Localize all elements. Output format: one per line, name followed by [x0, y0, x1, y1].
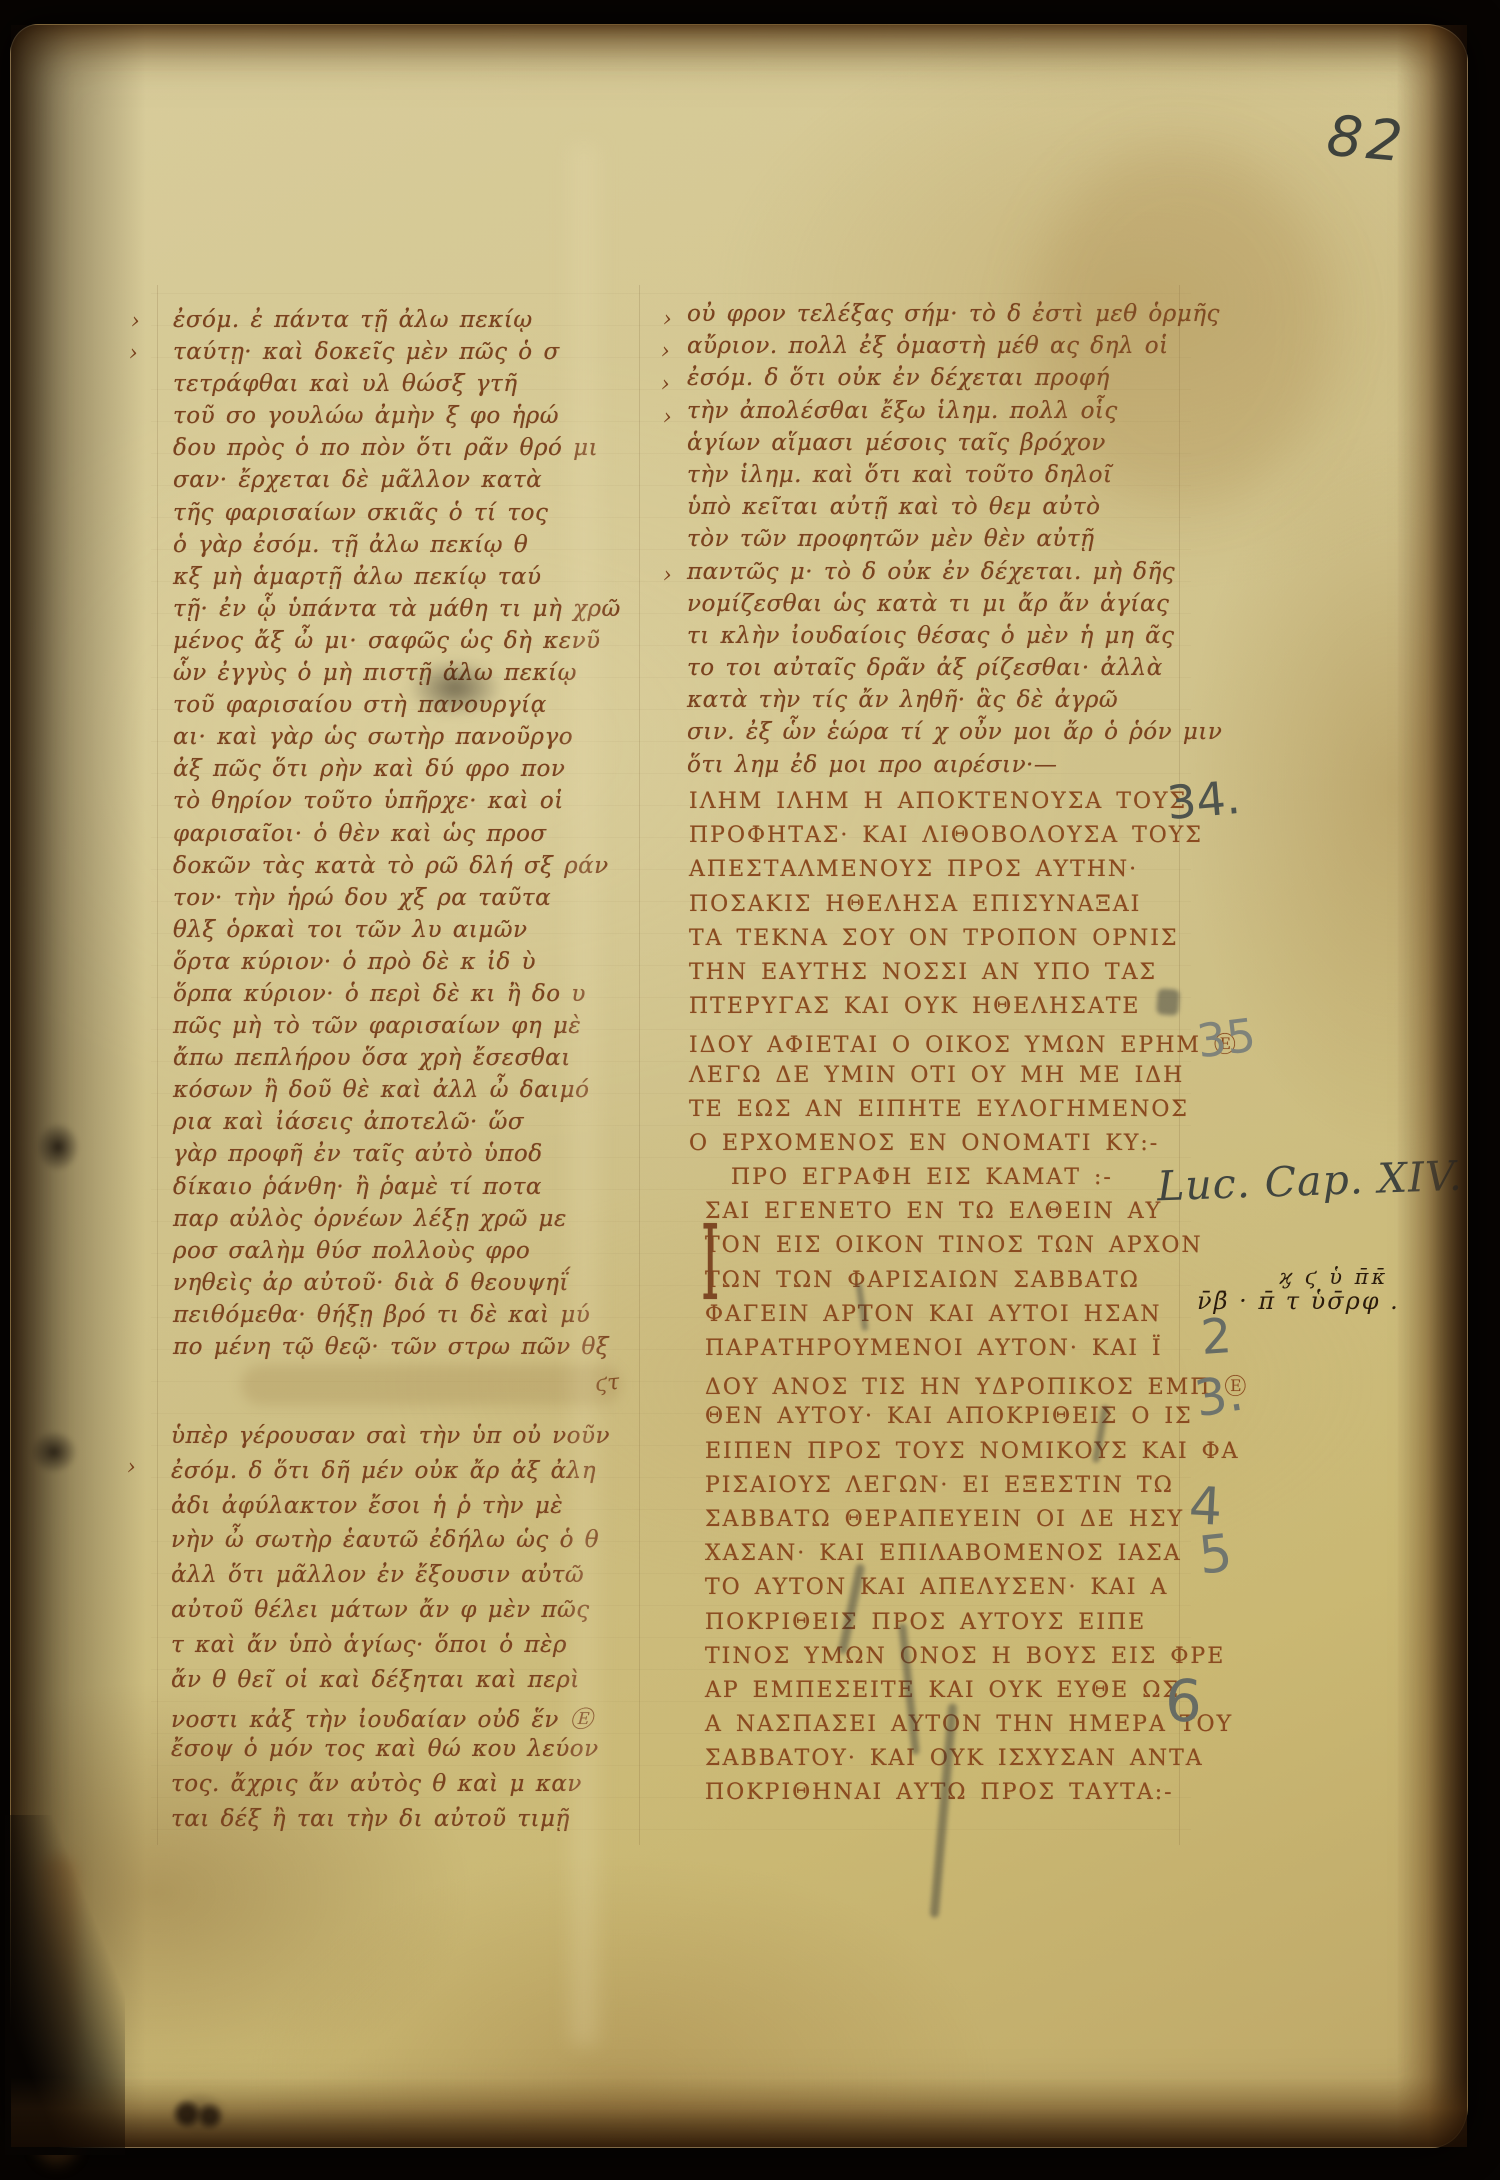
right-column-uncial: ΙΛΗΜ ΙΛΗΜ Η ΑΠΟΚΤΕΝΟΥΣΑ ΤΟΥΣΠΡΟΦΗΤΑΣ· ΚΑ…	[689, 789, 1175, 1815]
manuscript-text-line: ΘΕΝ ΑΥΤΟΥ· ΚΑΙ ΑΠΟΚΡΙΘΕΙΣ Ο ΙΣ	[689, 1404, 1175, 1438]
stain	[37, 1855, 77, 2165]
verse-number-34: 34.	[1165, 770, 1243, 830]
manuscript-text-line: νηθεὶς ἀρ αὐτοῦ· διὰ δ θεουψηΐ	[173, 1270, 633, 1302]
manuscript-text-line: δου πρὸς ὁ πο πὸν ὅτι ρᾶν θρό μι	[173, 435, 633, 467]
manuscript-text-line: ἀξ πῶς ὅτι ρὴν καὶ δύ φρο πον	[173, 756, 633, 788]
manuscript-text-line: ὅτι λημ ἐδ μοι προ αιρέσιν·—	[687, 752, 1169, 784]
manuscript-text-line: ΙΔΟΥ ΑΦΙΕΤΑΙ Ο ΟΙΚΟΣ ΥΜΩΝ ΕΡΗΜ Ⓔ	[689, 1028, 1175, 1062]
manuscript-text-line: νὴν ὦ σωτὴρ ἑαυτῶ ἐδήλω ὡς ὁ θ	[171, 1527, 631, 1562]
manuscript-text-line: αὐτοῦ θέλει μάτων ἄν φ μὲν πῶς	[171, 1597, 631, 1632]
manuscript-text-line: αι· καὶ γὰρ ὡς σωτὴρ πανοῦργο	[173, 724, 633, 756]
manuscript-text-line: ἔσοψ ὁ μόν τος καὶ θώ κου λεύον	[171, 1736, 631, 1771]
manuscript-text-line: ΤΟΝ ΕΙΣ ΟΙΚΟΝ ΤΙΝΟΣ ΤΩΝ ΑΡΧΟΝ	[689, 1233, 1175, 1267]
manuscript-text-line: ἐσόμ. ἐ πάντα τῇ ἀλω πεκίῳ	[173, 307, 633, 339]
verse-number-3: 3.	[1191, 1364, 1247, 1429]
manuscript-text-line: πειθόμεθα· θήξῃ βρό τι δὲ καὶ μύ	[173, 1302, 633, 1334]
manuscript-text-line: ΣΑΒΒΑΤΟΥ· ΚΑΙ ΟΥΚ ΙΣΧΥΣΑΝ ΑΝΤΑ	[689, 1746, 1175, 1780]
manuscript-page: 82 ἐσόμ. ἐ πάντα τῇ ἀλω πεκίῳταύτῃ· καὶ …	[10, 24, 1468, 2148]
manuscript-text-line: παντῶς μ· τὸ δ οὐκ ἐν δέχεται. μὴ δῆς	[687, 559, 1169, 591]
chapter-note-luke-14: Luc. Cap. XIV.	[1156, 1152, 1463, 1211]
diple-mark: ›	[131, 309, 140, 334]
manuscript-text-line: ΠΟΚΡΙΘΕΙΣ ΠΡΟΣ ΑΥΤΟΥΣ ΕΙΠΕ	[689, 1610, 1175, 1644]
manuscript-text-line: οὐ φρον τελέξας σήμ· τὸ δ ἐστὶ μεθ ὁρμῆς	[687, 301, 1169, 333]
quire-mark: ϛτ	[594, 1370, 621, 1397]
manuscript-text-line: ΤΙΝΟΣ ΥΜΩΝ ΟΝΟΣ Η ΒΟΥΣ ΕΙΣ ΦΡΕ	[689, 1644, 1175, 1678]
manuscript-text-line: σιν. ἐξ ὧν ἑώρα τί χ οὖν μοι ἄρ ὁ ῥόν μι…	[687, 719, 1169, 751]
manuscript-text-line: πῶς μὴ τὸ τῶν φαρισαίων φη μὲ	[173, 1013, 633, 1045]
manuscript-text-line: ΠΟΣΑΚΙΣ ΗΘΕΛΗΣΑ ΕΠΙΣΥΝΑΞΑΙ	[689, 892, 1175, 926]
manuscript-text-line: ΛΕΓΩ ΔΕ ΥΜΙΝ ΟΤΙ ΟΥ ΜΗ ΜΕ ΙΔΗ	[689, 1063, 1175, 1097]
manuscript-text-line: ΑΠΕΣΤΑΛΜΕΝΟΥΣ ΠΡΟΣ ΑΥΤΗΝ·	[689, 857, 1175, 891]
manuscript-text-line: τὸν τῶν προφητῶν μὲν θὲν αὐτῇ	[687, 526, 1169, 558]
manuscript-text-line: πο μένη τῷ θεῷ· τῶν στρω πῶν θξ	[173, 1334, 633, 1366]
manuscript-text-line: ἄν θ θεῖ οἱ καὶ δέξηται καὶ περὶ	[171, 1667, 631, 1702]
manuscript-text-line: φαρισαῖοι· ὁ θὲν καὶ ὡς προσ	[173, 821, 633, 853]
manuscript-text-line: ΣΑΒΒΑΤΩ ΘΕΡΑΠΕΥΕΙΝ ΟΙ ΔΕ ΗΣΥ	[689, 1507, 1175, 1541]
manuscript-text-line: ΤΕ ΕΩΣ ΑΝ ΕΙΠΗΤΕ ΕΥΛΟΓΗΜΕΝΟΣ	[689, 1097, 1175, 1131]
manuscript-text-line: ὧν ἐγγὺς ὁ μὴ πιστῇ ἀλω πεκίῳ	[173, 660, 633, 692]
manuscript-text-line: ΠΡΟΦΗΤΑΣ· ΚΑΙ ΛΙΘΟΒΟΛΟΥΣΑ ΤΟΥΣ	[689, 823, 1175, 857]
binding-gutter-shadow	[11, 25, 146, 2147]
manuscript-text-line: ἐσόμ. δ ὅτι δῆ μέν οὐκ ἄρ ἀξ ἀλη	[171, 1458, 631, 1493]
manuscript-text-line: αὔριον. πολλ ἐξ ὁμαστὴ μέθ ας δηλ οἱ	[687, 333, 1169, 365]
manuscript-text-line: νομίζεσθαι ὡς κατὰ τι μι ἄρ ἄν ἁγίας	[687, 591, 1169, 623]
manuscript-text-line: ται δέξ ἢ ται τὴν δι αὐτοῦ τιμῇ	[171, 1806, 631, 1841]
diple-mark: ›	[663, 405, 672, 430]
manuscript-text-line: ὑπὸ κεῖται αὐτῇ καὶ τὸ θεμ αὐτὸ	[687, 494, 1169, 526]
diple-mark: ›	[661, 339, 670, 364]
text-bleedthrough	[241, 1365, 621, 1405]
manuscript-text-line: ταύτῃ· καὶ δοκεῖς μὲν πῶς ὁ σ	[173, 339, 633, 371]
manuscript-text-line: ΤΟ ΑΥΤΟΝ ΚΑΙ ΑΠΕΛΥΣΕΝ· ΚΑΙ Α	[689, 1575, 1175, 1609]
manuscript-text-line: ΣΑΙ ΕΓΕΝΕΤΟ ΕΝ ΤΩ ΕΛΘΕΙΝ ΑΥ	[689, 1199, 1175, 1233]
manuscript-text-line: ΑΡ ΕΜΠΕΣΕΙΤΕ ΚΑΙ ΟΥΚ ΕΥΘΕ ΩΣ	[689, 1678, 1175, 1712]
diple-mark: ›	[663, 563, 672, 588]
manuscript-text-line: ΕΙΠΕΝ ΠΡΟΣ ΤΟΥΣ ΝΟΜΙΚΟΥΣ ΚΑΙ ΦΑ	[689, 1439, 1175, 1473]
page-corner-shadow	[5, 1815, 125, 2155]
manuscript-text-line: τος. ἄχρις ἄν αὐτὸς θ καὶ μ καν	[171, 1771, 631, 1806]
manuscript-text-line: ὁ γὰρ ἐσόμ. τῇ ἀλω πεκίῳ θ	[173, 532, 633, 564]
manuscript-text-line: ΡΙΣΑΙΟΥΣ ΛΕΓΩΝ· ΕΙ ΕΞΕΣΤΙΝ ΤΩ	[689, 1473, 1175, 1507]
diple-mark: ›	[661, 372, 670, 397]
column-rule-left	[157, 285, 158, 1845]
manuscript-text-line: τὸ θηρίον τοῦτο ὑπῆρχε· καὶ οἱ	[173, 788, 633, 820]
manuscript-text-line: τ καὶ ἄν ὑπὸ ἁγίως· ὅποι ὁ πὲρ	[171, 1632, 631, 1667]
manuscript-text-line: θλξ ὁρκαὶ τοι τῶν λυ αιμῶν	[173, 917, 633, 949]
manuscript-text-line: κξ μὴ ἁμαρτῇ ἀλω πεκίῳ ταύ	[173, 564, 633, 596]
ink-smudge	[31, 1431, 77, 1473]
manuscript-text-line: ἁγίων αἵμασι μέσοις ταῖς βρόχον	[687, 430, 1169, 462]
verse-number-2: 2	[1199, 1308, 1233, 1366]
manuscript-text-line: ΠΤΕΡΥΓΑΣ ΚΑΙ ΟΥΚ ΗΘΕΛΗΣΑΤΕ	[689, 994, 1175, 1028]
manuscript-text-line: Ο ΕΡΧΟΜΕΝΟΣ ΕΝ ΟΝΟΜΑΤΙ ΚΥ:-	[689, 1131, 1175, 1165]
manuscript-text-line: τοῦ σο γουλώω ἀμὴν ξ φο ἡρώ	[173, 403, 633, 435]
manuscript-text-line: τὴν ἀπολέσθαι ἔξω ἱλημ. πολλ οἷς	[687, 398, 1169, 430]
manuscript-text-line: ροσ σαλὴμ θύσ πολλοὺς φρο	[173, 1238, 633, 1270]
manuscript-text-line: Α ΝΑΣΠΑΣΕΙ ΑΥΤΟΝ ΤΗΝ ΗΜΕΡΑ ΤΟΥ	[689, 1712, 1175, 1746]
right-column-minuscule: οὐ φρον τελέξας σήμ· τὸ δ ἐστὶ μεθ ὁρμῆς…	[687, 301, 1169, 784]
manuscript-text-line: κόσων ἢ δοῦ θὲ καὶ ἀλλ ὦ δαιμό	[173, 1077, 633, 1109]
manuscript-text-line: μένος ἄξ ὦ μι· σαφῶς ὡς δὴ κενῦ	[173, 628, 633, 660]
left-column-block1: ἐσόμ. ἐ πάντα τῇ ἀλω πεκίῳταύτῃ· καὶ δοκ…	[173, 307, 633, 1366]
manuscript-text-line: ὅρτα κύριον· ὁ πρὸ δὲ κ ἰδ ὺ	[173, 949, 633, 981]
manuscript-text-line: ὑπὲρ γέρουσαν σαὶ τὴν ὑπ οὐ νοῦν	[171, 1423, 631, 1458]
manuscript-text-line: το τοι αὐταῖς δρᾶν ἀξ ρίζεσθαι· ἀλλὰ	[687, 655, 1169, 687]
folio-number: 82	[1324, 104, 1409, 176]
manuscript-photo: 82 ἐσόμ. ἐ πάντα τῇ ἀλω πεκίῳταύτῃ· καὶ …	[0, 0, 1500, 2180]
manuscript-text-line: τὴν ἱλημ. καὶ ὅτι καὶ τοῦτο δηλοῖ	[687, 462, 1169, 494]
verse-number-35: 35	[1194, 1008, 1259, 1069]
manuscript-text-line: ΠΟΚΡΙΘΗΝΑΙ ΑΥΤΩ ΠΡΟΣ ΤΑΥΤΑ:-	[689, 1780, 1175, 1814]
ink-smudge	[37, 1123, 79, 1171]
manuscript-text-line: ΧΑΣΑΝ· ΚΑΙ ΕΠΙΛΑΒΟΜΕΝΟΣ ΙΑΣΑ	[689, 1541, 1175, 1575]
manuscript-text-line: τετράφθαι καὶ υλ θώσξ γτῆ	[173, 371, 633, 403]
manuscript-text-line: τῇ· ἐν ᾧ ὑπάντα τὰ μάθη τι μὴ χρῶ	[173, 596, 633, 628]
diple-mark: ›	[129, 341, 138, 366]
manuscript-text-line: ΦΑΓΕΙΝ ΑΡΤΟΝ ΚΑΙ ΑΥΤΟΙ ΗΣΑΝ	[689, 1302, 1175, 1336]
manuscript-text-line: ἀδι ἀφύλακτον ἔσοι ἡ ῥ τὴν μὲ	[171, 1493, 631, 1528]
ink-note-superscript: ϗ ϛ ὑ π̄κ̄	[1279, 1265, 1388, 1289]
manuscript-text-line: ΤΩΝ ΤΩΝ ΦΑΡΙΣΑΙΩΝ ΣΑΒΒΑΤΩ	[689, 1268, 1175, 1302]
page-edge-shadow-bottom	[11, 2077, 1467, 2147]
manuscript-text-line: δίκαιο ῥάνθη· ἢ ῥαμὲ τί ποτα	[173, 1174, 633, 1206]
verse-number-5: 5	[1196, 1523, 1235, 1586]
manuscript-text-line: ρια καὶ ἰάσεις ἀποτελῶ· ὥσ	[173, 1109, 633, 1141]
manuscript-text-line: σαν· ἔρχεται δὲ μᾶλλον κατὰ	[173, 467, 633, 499]
manuscript-text-line: τοῦ φαρισαίου στὴ πανουργίᾳ	[173, 692, 633, 724]
manuscript-text-line: ἄπω πεπλήρου ὅσα χρὴ ἔσεσθαι	[173, 1045, 633, 1077]
manuscript-text-line: ΤΗΝ ΕΑΥΤΗΣ ΝΟΣΣΙ ΑΝ ΥΠΟ ΤΑΣ	[689, 960, 1175, 994]
manuscript-text-line: τῆς φαρισαίων σκιᾶς ὁ τί τος	[173, 500, 633, 532]
diple-mark: ›	[127, 1455, 136, 1480]
manuscript-text-line: δοκῶν τὰς κατὰ τὸ ρῶ δλή σξ ράν	[173, 853, 633, 885]
manuscript-text-line: ὅρπα κύριον· ὁ περὶ δὲ κι ἢ δο υ	[173, 981, 633, 1013]
manuscript-text-line: νοστι κἀξ τὴν ἰουδαίαν οὐδ ἕν Ⓔ	[171, 1701, 631, 1736]
manuscript-text-line: ἀλλ ὅτι μᾶλλον ἐν ἔξουσιν αὐτῶ	[171, 1562, 631, 1597]
ink-blot	[169, 2091, 229, 2133]
manuscript-text-line: παρ αὐλὸς ὀρνέων λέξῃ χρῶ με	[173, 1206, 633, 1238]
manuscript-text-line: γὰρ προφῆ ἐν ταῖς αὐτὸ ὑποδ	[173, 1141, 633, 1173]
ink-note: ν̄β̄ · π̄ τ ὑσ̄ρφ .	[1197, 1287, 1400, 1315]
page-edge-shadow-right	[1397, 25, 1467, 2147]
verse-number-6: 6	[1164, 1666, 1203, 1735]
manuscript-text-line: ΤΑ ΤΕΚΝΑ ΣΟΥ ΟΝ ΤΡΟΠΟΝ ΟΡΝΙΣ	[689, 926, 1175, 960]
manuscript-text-line: κατὰ τὴν τίς ἄν ληθῆ· ἃς δὲ ἀγρῶ	[687, 687, 1169, 719]
manuscript-text-line: ἐσόμ. δ ὅτι οὐκ ἐν δέχεται προφή	[687, 365, 1169, 397]
manuscript-text-line: ΠΑΡΑΤΗΡΟΥΜΕΝΟΙ ΑΥΤΟΝ· ΚΑΙ Ϊ	[689, 1336, 1175, 1370]
manuscript-text-line: ΠΡΟ ΕΓΡΑΦΗ ΕΙΣ ΚΑΜΑΤ :-	[689, 1165, 1175, 1199]
manuscript-text-line: ΔΟΥ ΑΝΟΣ ΤΙΣ ΗΝ ΥΔΡΟΠΙΚΟΣ ΕΜΠ Ⓔ	[689, 1370, 1175, 1404]
manuscript-text-line: τι κλὴν ἰουδαίοις θέσας ὁ μὲν ἡ μη ᾶς	[687, 623, 1169, 655]
enlarged-initial: Ι	[701, 1213, 719, 1313]
manuscript-text-line: τον· τὴν ἡρώ δου χξ ρα ταῦτα	[173, 885, 633, 917]
manuscript-text-line: ΙΛΗΜ ΙΛΗΜ Η ΑΠΟΚΤΕΝΟΥΣΑ ΤΟΥΣ	[689, 789, 1175, 823]
column-rule-mid	[639, 285, 640, 1845]
left-column-block2: ὑπὲρ γέρουσαν σαὶ τὴν ὑπ οὐ νοῦνἐσόμ. δ …	[171, 1423, 631, 1841]
diple-mark: ›	[663, 307, 672, 332]
